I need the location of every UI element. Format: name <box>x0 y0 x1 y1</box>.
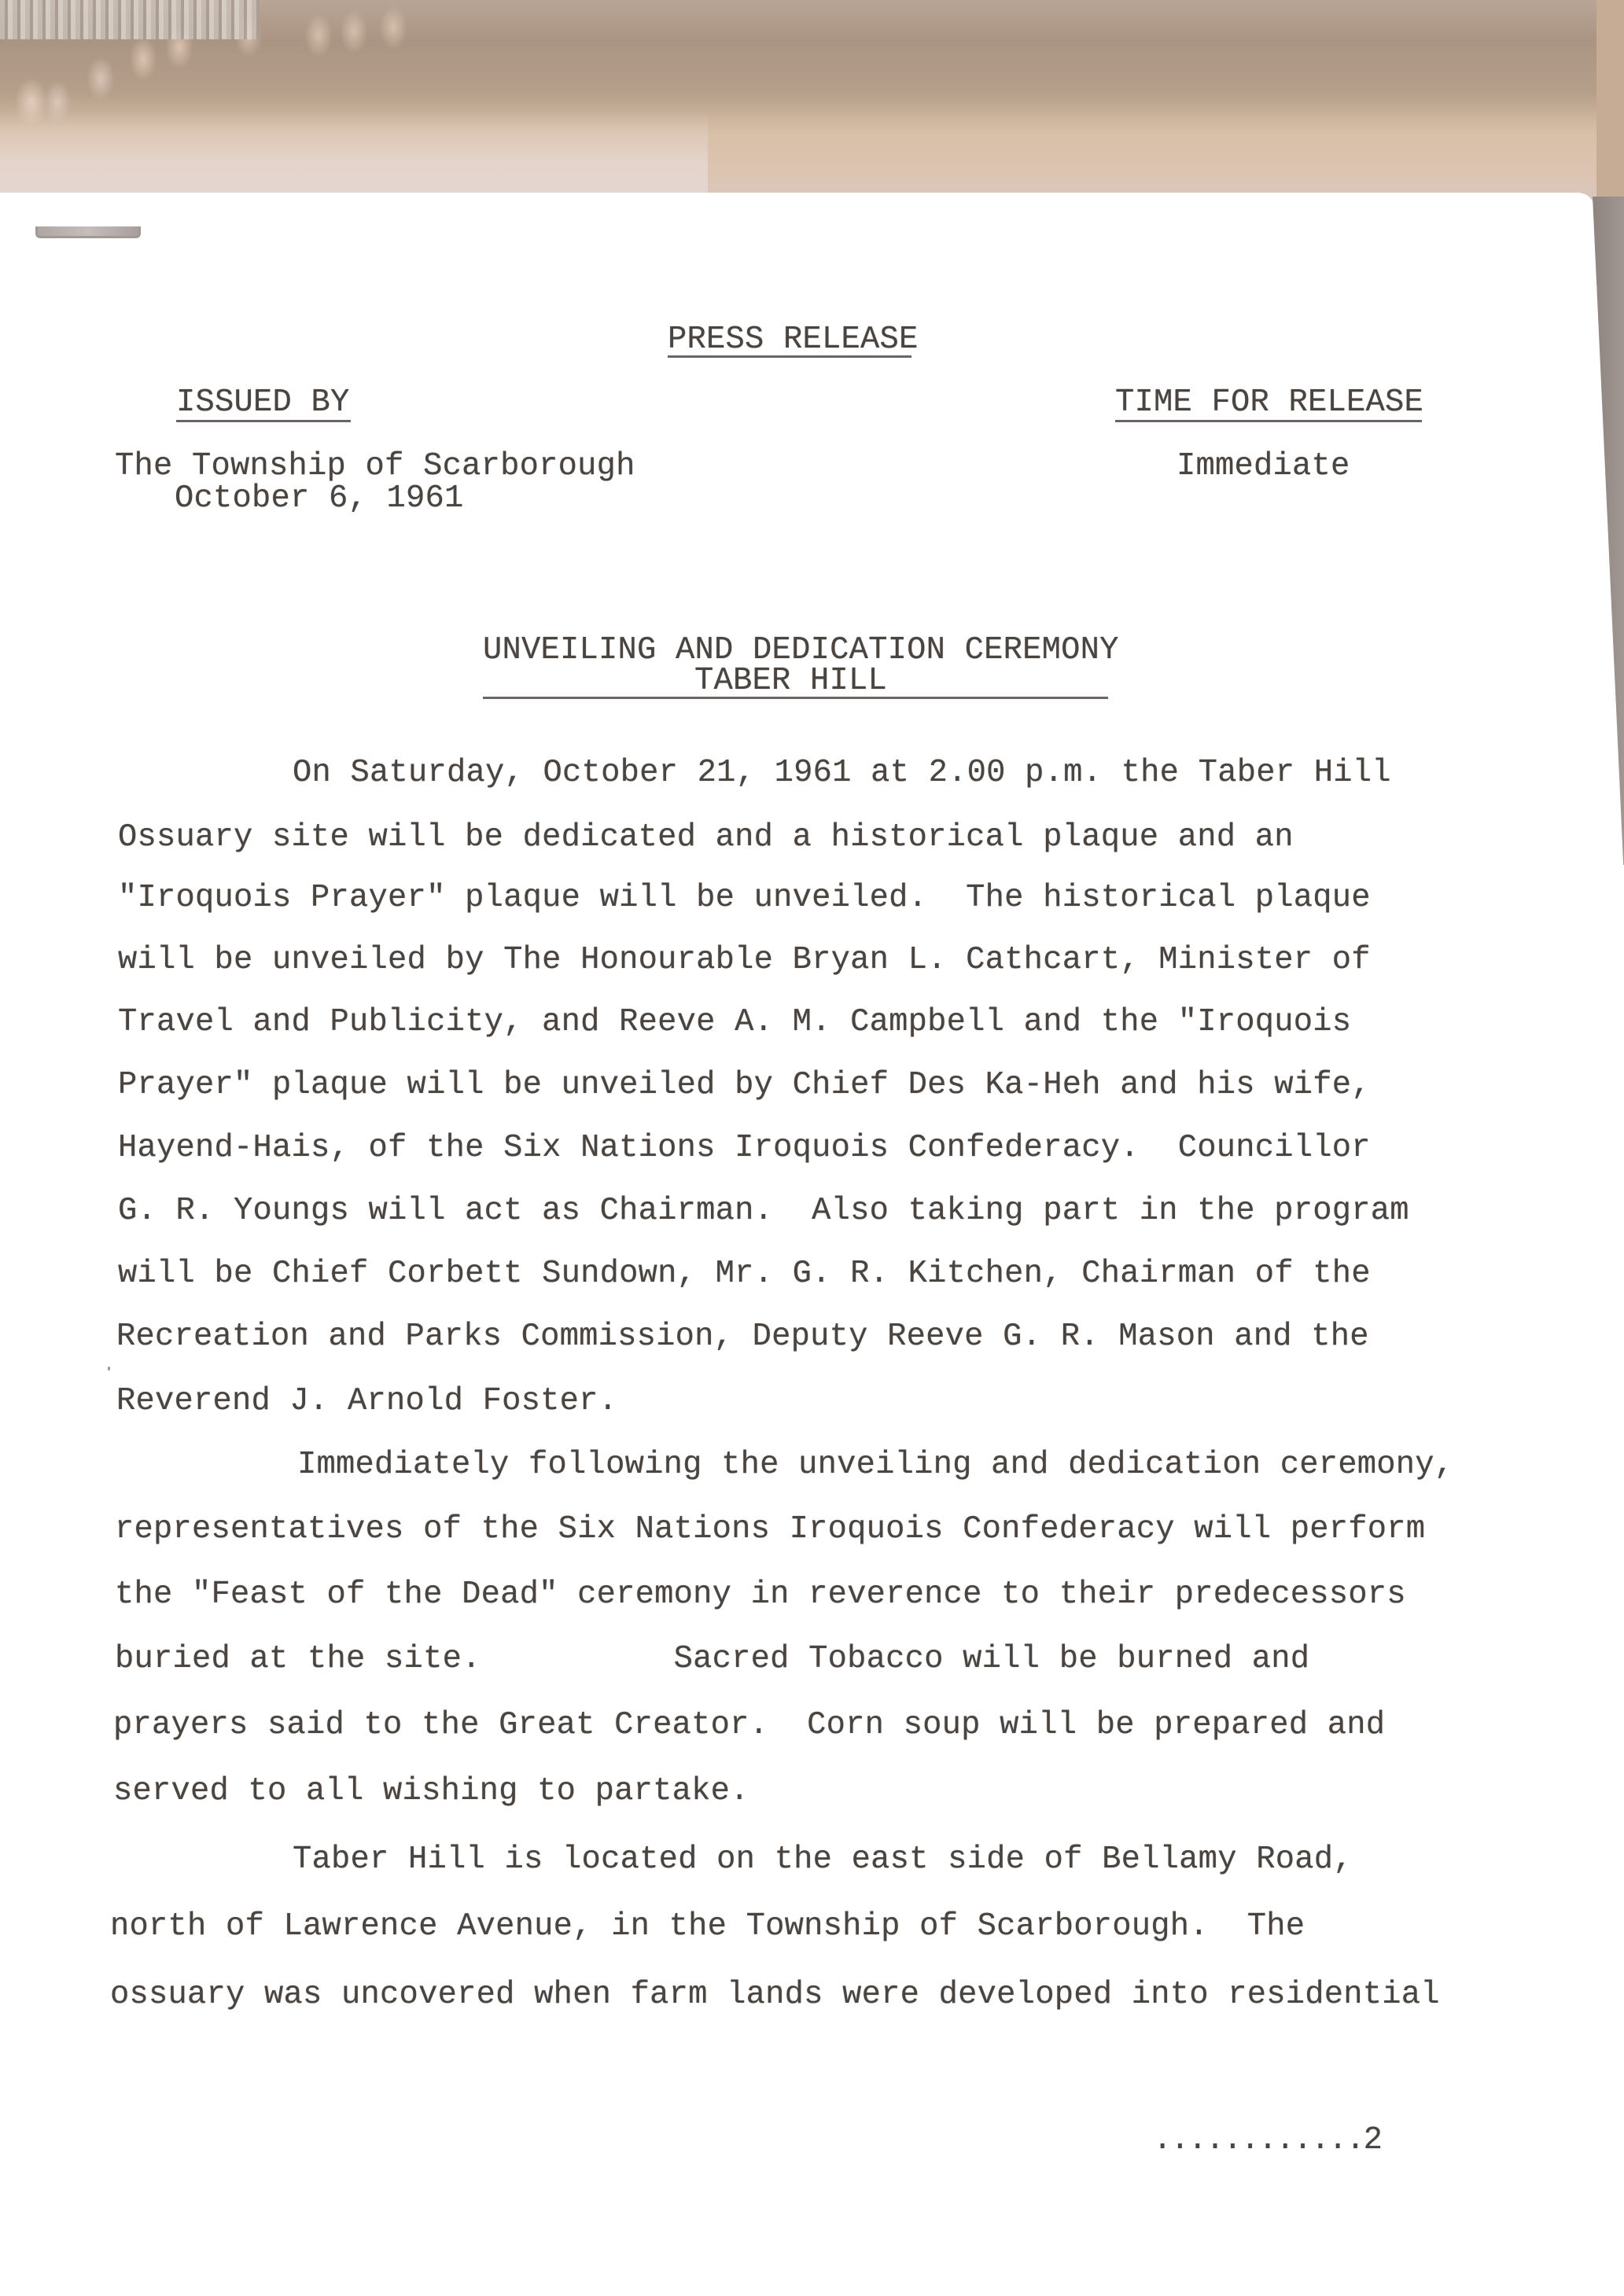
background-right-edge <box>1596 0 1624 204</box>
staple-icon <box>35 226 141 238</box>
doc-type-underline <box>668 355 911 358</box>
body-line: Ossuary site will be dedicated and a his… <box>118 822 1294 854</box>
ink-speck <box>108 1367 110 1371</box>
paper-edge-shadow <box>1593 197 1624 865</box>
body-line: will be Chief Corbett Sundown, Mr. G. R.… <box>118 1258 1371 1290</box>
body-line: Travel and Publicity, and Reeve A. M. Ca… <box>118 1006 1351 1039</box>
body-line: G. R. Youngs will act as Chairman. Also … <box>118 1195 1409 1227</box>
time-for-release-underline <box>1115 420 1422 422</box>
body-line: "Iroquois Prayer" plaque will be unveile… <box>118 882 1371 914</box>
time-for-release-label: TIME FOR RELEASE <box>1115 387 1423 419</box>
body-line: Taber Hill is located on the east side o… <box>293 1844 1353 1876</box>
body-line: On Saturday, October 21, 1961 at 2.00 p.… <box>293 757 1391 789</box>
continuation-marker: ............2 <box>1153 2125 1381 2157</box>
body-line: will be unveiled by The Honourable Bryan… <box>118 944 1371 977</box>
body-line: the "Feast of the Dead" ceremony in reve… <box>115 1579 1406 1611</box>
body-line: Reverend J. Arnold Foster. <box>116 1385 617 1418</box>
body-line: Recreation and Parks Commission, Deputy … <box>116 1321 1369 1353</box>
body-line: prayers said to the Great Creator. Corn … <box>113 1709 1385 1742</box>
title-line-2: TABER HILL <box>694 665 887 697</box>
body-line: Immediately following the unveiling and … <box>297 1449 1453 1481</box>
body-line: ossuary was uncovered when farm lands we… <box>110 1979 1440 2011</box>
issued-by-label: ISSUED BY <box>176 387 350 419</box>
issuer-name: The Township of Scarborough <box>115 451 635 483</box>
body-line: served to all wishing to partake. <box>113 1775 749 1808</box>
body-line: Prayer" plaque will be unveiled by Chief… <box>118 1069 1371 1102</box>
doc-type-heading: PRESS RELEASE <box>668 324 919 356</box>
background-blinds <box>0 0 260 39</box>
time-for-release-value: Immediate <box>1177 451 1350 483</box>
background-highlight <box>0 110 708 204</box>
title-underline <box>483 697 1108 699</box>
issue-date: October 6, 1961 <box>175 483 464 515</box>
issued-by-underline <box>176 420 351 422</box>
body-line: north of Lawrence Avenue, in the Townshi… <box>110 1911 1305 1943</box>
title-line-1: UNVEILING AND DEDICATION CEREMONY <box>483 635 1119 667</box>
body-line: Hayend-Hais, of the Six Nations Iroquois… <box>118 1132 1371 1165</box>
body-line: representatives of the Six Nations Iroqu… <box>115 1514 1425 1546</box>
body-line: buried at the site. Sacred Tobacco will … <box>115 1643 1309 1676</box>
